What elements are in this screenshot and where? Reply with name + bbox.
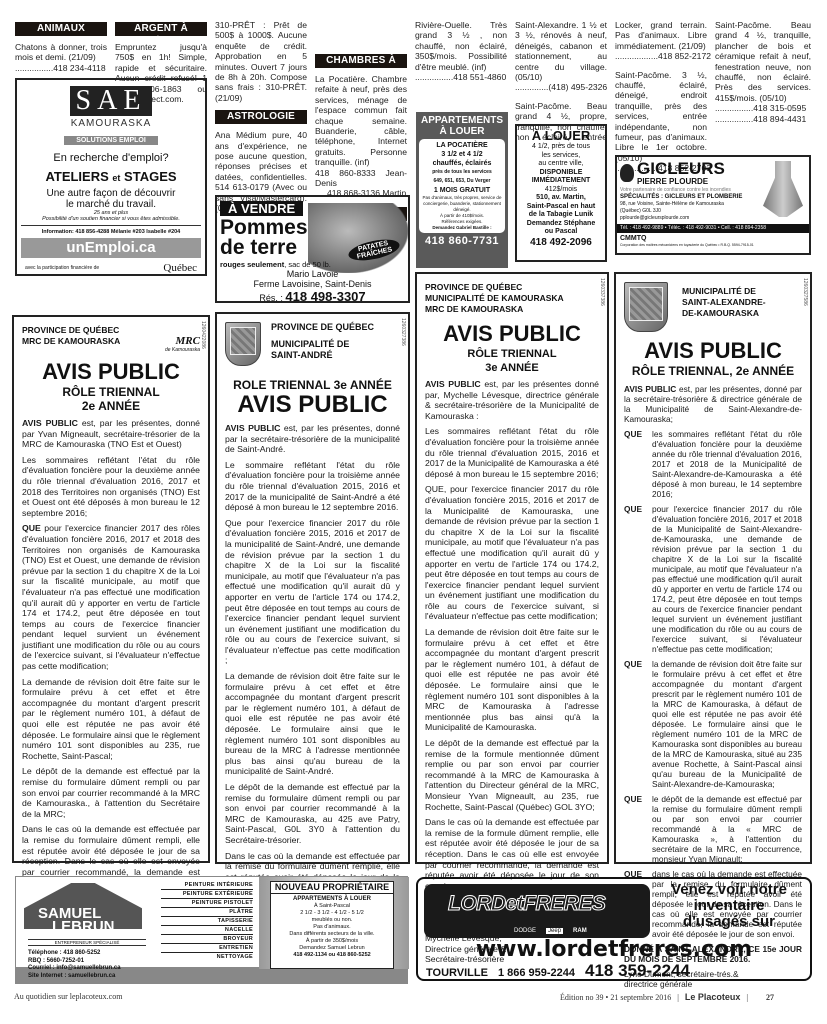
jeep-logo: Jeep [546, 928, 563, 934]
phone: 418 498-3307 [285, 289, 365, 303]
sae-brand: KAMOURASKA [21, 118, 201, 129]
sae-tagline: SOLUTIONS EMPLOI [64, 136, 158, 145]
title-pommes: Pommes [220, 218, 405, 238]
sae-small2: Possibilité d'un soutien financier si vo… [21, 216, 201, 226]
ad-phone: ................418 234-4118 [15, 63, 107, 73]
classified-column: 310-PRÊT : Prêt de 500$ à 1000$. Aucune … [215, 20, 307, 214]
sae-info: Information: 418 856-4288 Mélanie #203 I… [21, 229, 201, 235]
nouveau-proprietaire-box: NOUVEAU PROPRIÉTAIRE APPARTEMENTS À LOUE… [270, 881, 394, 969]
section-animaux: ANIMAUX Chatons à donner, trois mois et … [15, 22, 107, 73]
sae-website[interactable]: unEmploi.ca [21, 238, 201, 258]
phone: 418 860-7731 [419, 235, 505, 247]
notice-title: AVIS PUBLIC [225, 392, 400, 418]
lebrun-logo: SAMUEL LEBRUN [38, 907, 115, 933]
notice-title: AVIS PUBLIC [22, 359, 200, 385]
sae-partner: avec la participation financière de [25, 265, 99, 271]
classified-column: Saint-Pacôme. Beau grand 4 ½, tranquille… [715, 20, 811, 124]
sae-line2: le marché du travail. [21, 199, 201, 210]
website-link[interactable]: www.lordetfreres.com [424, 939, 804, 961]
footer-site[interactable]: Au quotidien sur leplacoteux.com [14, 992, 122, 1001]
ad-phone: ................418 894-4431 [715, 114, 811, 124]
flame-icon [620, 164, 634, 182]
classified-column: Locker, grand terrain. Pas d'animaux. Li… [615, 20, 707, 174]
sae-line1: Une autre façon de découvrir [21, 188, 201, 199]
ad-phone: ................418 315-0595 [715, 103, 811, 113]
ad-samuel-lebrun: SAMUEL LEBRUN ENTREPRENEUR SPÉCIALISÉ Té… [15, 876, 408, 984]
ad-text: Locker, grand terrain. Pas d'animaux. Li… [615, 20, 707, 51]
mrc-logo: MRC de Kamouraska [165, 335, 200, 353]
dodge-logo: DODGE [514, 928, 536, 934]
ad-phone: 418 860-8333 Jean-Denis [315, 168, 407, 189]
saint-alexandre-crest-icon [624, 282, 668, 332]
ad-text: Saint-Pacôme. 3 ½, chauffé, éclairé, dén… [615, 70, 707, 164]
ad-sae-kamouraska: SAE KAMOURASKA SOLUTIONS EMPLOI En reche… [15, 78, 207, 276]
banner-a-vendre: À VENDRE [220, 201, 303, 216]
ram-logo: RAM [573, 928, 587, 934]
section-header: ARGENT À PRÊTER [115, 22, 207, 36]
saint-andre-crest-icon [225, 322, 261, 366]
notice-mrc-kamouraska: 1260422086 PROVINCE DE QUÉBEC MRC DE KAM… [12, 315, 210, 863]
ad-phone: ..................418 852-2172 [615, 51, 707, 61]
notice-title: AVIS PUBLIC [624, 338, 802, 364]
farm-name: Ferme Lavoisine, Saint-Denis [220, 279, 405, 289]
sae-title: ATELIERS et STAGES [21, 169, 201, 184]
footer-right: Édition no 39 • 21 septembre 2016 | Le P… [560, 992, 774, 1002]
ad-phone: ................418 551-4860 [415, 72, 507, 82]
classified-column: Rivière-Ouelle. Très grand 3 ½ , non cha… [415, 20, 507, 82]
ad-text: La Pocatière. Chambre refaite à neuf, pr… [315, 74, 407, 168]
notice-saint-alexandre: 1260327586 MUNICIPALITÉ DE SAINT-ALEXAND… [614, 272, 812, 864]
ad-text: Saint-Alexandre. 1 ½ et 3 ½, rénovés à n… [515, 20, 607, 82]
section-header: ASTROLOGIE [215, 110, 307, 124]
footer-brand-logo: Le Placoteux [685, 992, 741, 1002]
classified-column: CHAMBRES À LOUER La Pocatière. Chambre r… [315, 20, 407, 221]
ad-text: Chatons à donner, trois mois et demi. (2… [15, 42, 107, 63]
sae-question: En recherche d'emploi? [21, 152, 201, 164]
ad-gicleurs-plourde: GICLEURS PIERRE PLOURDE Votre partenaire… [615, 155, 811, 255]
ad-text: Saint-Pacôme. Beau grand 4 ½, tranquille… [715, 20, 811, 103]
notice-municipalite-kamouraska: 1260337386 PROVINCE DE QUÉBEC MUNICIPALI… [415, 272, 609, 864]
quebec-logo: Québec [163, 262, 197, 274]
notice-saint-andre: 1260327386 PROVINCE DE QUÉBEC MUNICIPALI… [215, 312, 410, 864]
sae-logo: SAE [70, 86, 153, 116]
ad-text: 310-PRÊT : Prêt de 500$ à 1000$. Aucune … [215, 20, 307, 103]
section-header: ANIMAUX [15, 22, 107, 36]
ad-text: Rivière-Ouelle. Très grand 3 ½ , non cha… [415, 20, 507, 72]
phone: 418 492-2096 [519, 237, 603, 249]
page-number: 27 [766, 993, 774, 1002]
ad-lord-et-freres: LORDetFRERES DODGE Jeep RAM Venez voir n… [416, 877, 812, 981]
ad-phone: ..............(418) 495-2326 [515, 82, 607, 92]
ad-appartements-pocatiere: APPARTEMENTS À LOUER LA POCATIÈRE 3 1/2 … [416, 112, 508, 268]
notice-title: AVIS PUBLIC [425, 321, 599, 347]
ad-pommes-de-terre: À VENDRE Pommes de terre PATATES FRAÎCHE… [215, 195, 410, 303]
footer-edition: Édition no 39 • 21 septembre 2016 [560, 993, 671, 1002]
section-header: CHAMBRES À LOUER [315, 54, 407, 68]
ad-a-louer-saint-pascal: À LOUER 4 1/2, près de tous les services… [515, 124, 607, 262]
lord-logo-block: LORDetFRERES DODGE Jeep RAM [424, 884, 650, 938]
services-list: PEINTURE INTÉRIEURE PEINTURE EXTÉRIEURE … [161, 881, 253, 961]
